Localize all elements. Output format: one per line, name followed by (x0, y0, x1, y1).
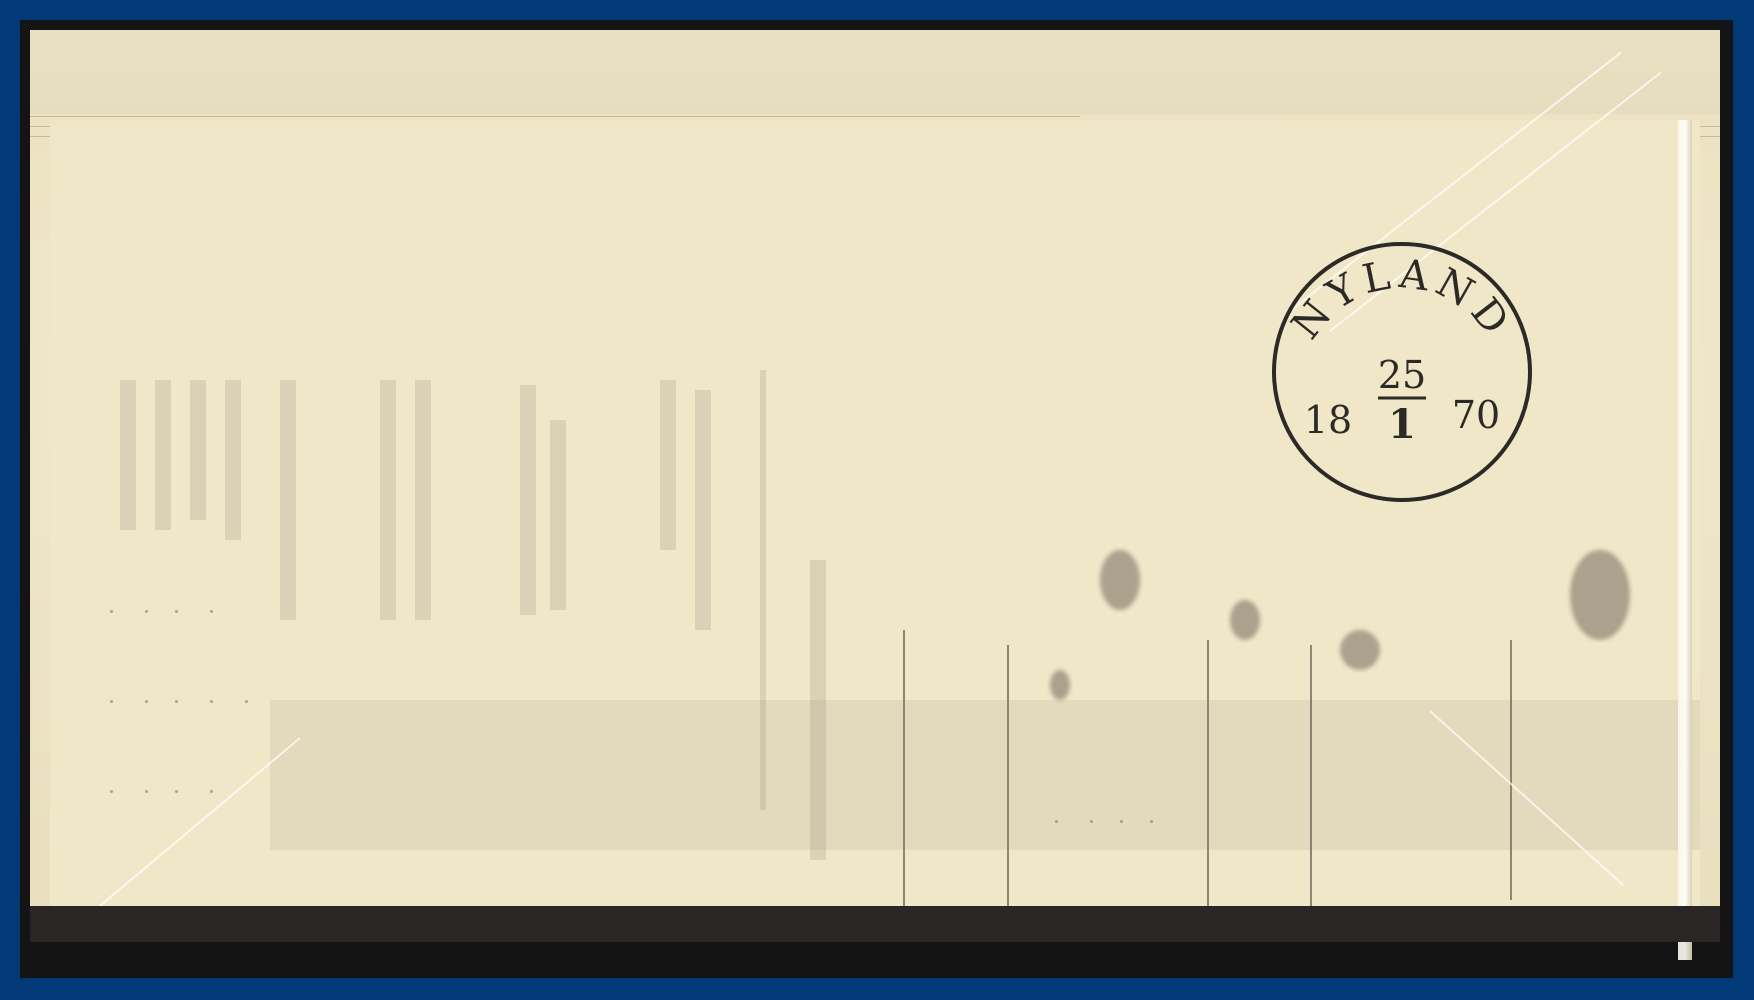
show-through-text (550, 420, 566, 610)
postmark-month: 1 (1388, 401, 1416, 448)
dot (110, 700, 113, 703)
dot (110, 790, 113, 793)
show-through-text (280, 380, 296, 620)
dot (210, 790, 213, 793)
postmark-year-left: 18 (1304, 398, 1352, 442)
top-flap (30, 30, 1720, 114)
dot (145, 700, 148, 703)
show-through-text (225, 380, 241, 540)
show-through-text (380, 380, 396, 620)
show-through-text (415, 380, 431, 620)
bottom-shadow (30, 906, 1720, 942)
ink-offset (1570, 550, 1630, 640)
dot (145, 610, 148, 613)
dot (175, 700, 178, 703)
postmark-day: 25 (1378, 353, 1426, 397)
ink-offset (1050, 670, 1070, 700)
ink-offset (1100, 550, 1140, 610)
show-through-text (120, 380, 136, 530)
ink-offset (1340, 630, 1380, 670)
show-through-text (520, 385, 536, 615)
dot (175, 790, 178, 793)
show-through-text (155, 380, 171, 530)
dot (110, 610, 113, 613)
dot (245, 700, 248, 703)
show-through-text (190, 380, 206, 520)
dot (210, 610, 213, 613)
svg-text:NYLAND: NYLAND (1283, 251, 1521, 348)
postmark-town: NYLAND (1283, 251, 1521, 348)
sleeve-edge (1678, 120, 1692, 960)
dot (145, 790, 148, 793)
fold-line (30, 116, 1080, 117)
show-through-text (695, 390, 711, 630)
postmark-circle-icon: NYLAND 25 1 18 70 (1268, 238, 1536, 506)
dot (175, 610, 178, 613)
ink-offset (1230, 600, 1260, 640)
show-through-text (660, 380, 676, 550)
sleeve-shadow (270, 700, 1700, 850)
nyland-postmark: NYLAND 25 1 18 70 (1268, 238, 1536, 506)
dot (210, 700, 213, 703)
postmark-year-right: 70 (1452, 393, 1500, 437)
